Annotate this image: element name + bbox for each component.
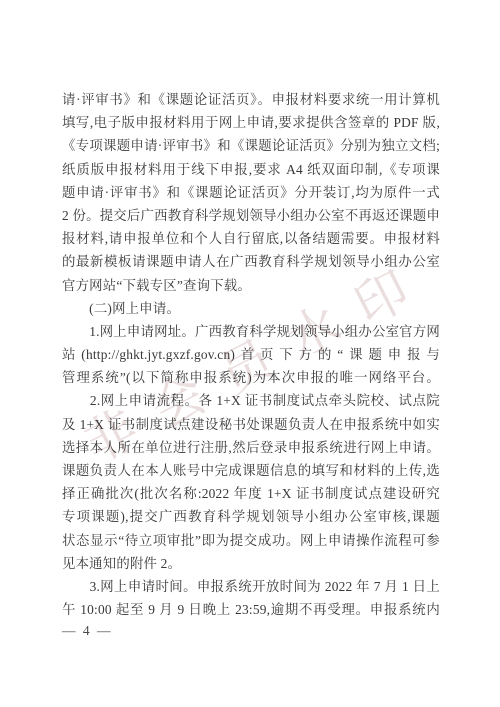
- text-block: 请·评审书》和《课题论证活页》。申报材料要求统一用计算机 填写,电子版申报材料用…: [62, 88, 440, 621]
- document-line-11: 1.网上申请网址。广西教育科学规划领导小组办公室官方网: [62, 320, 440, 343]
- document-line-20: 状态显示“待立项审批”即为提交成功。网上申请操作流程可参: [62, 529, 440, 552]
- document-line-23: 午 10:00 起至 9 月 9 日晚上 23:59,逾期不再受理。申报系统内: [62, 598, 440, 621]
- page-number: — 4 —: [62, 623, 113, 639]
- document-line-17: 课题负责人在本人账号中完成课题信息的填写和材料的上传,选: [62, 459, 440, 482]
- document-line-5: 题申请·评审书》和《课题论证活页》分开装订,均为原件一式: [62, 181, 440, 204]
- document-line-15: 及 1+X 证书制度试点建设秘书处课题负责人在申报系统中如实: [62, 413, 440, 436]
- document-line-3: 《专项课题申请·评审书》和《课题论证活页》分别为独立文档;: [62, 134, 440, 157]
- document-line-12: 站(http://ghkt.jyt.gxzf.gov.cn)首页下方的“课题申报…: [62, 343, 440, 366]
- document-line-6: 2 份。提交后广西教育科学规划领导小组办公室不再返还课题申: [62, 204, 440, 227]
- document-line-22: 3.网上申请时间。申报系统开放时间为 2022 年 7 月 1 日上: [62, 575, 440, 598]
- document-line-13: 管理系统”(以下简称申报系统)为本次申报的唯一网络平台。: [62, 366, 440, 389]
- document-line-9: 官方网站“下载专区”查询下载。: [62, 274, 440, 297]
- document-line-16: 选择本人所在单位进行注册,然后登录申报系统进行网上申请。: [62, 436, 440, 459]
- document-line-2: 填写,电子版申报材料用于网上申请,要求提供含签章的 PDF 版,: [62, 111, 440, 134]
- document-line-4: 纸质版申报材料用于线下申报,要求 A4 纸双面印制,《专项课: [62, 158, 440, 181]
- document-line-1: 请·评审书》和《课题论证活页》。申报材料要求统一用计算机: [62, 88, 440, 111]
- document-line-19: 专项课题),提交广西教育科学规划领导小组办公室审核,课题: [62, 505, 440, 528]
- document-line-14: 2.网上申请流程。各 1+X 证书制度试点牵头院校、试点院校: [62, 389, 440, 412]
- document-line-7: 报材料,请申报单位和个人自行留底,以备结题需要。申报材料: [62, 227, 440, 250]
- document-line-18: 择正确批次(批次名称:2022 年度 1+X 证书制度试点建设研究: [62, 482, 440, 505]
- document-line-10: (二)网上申请。: [62, 297, 440, 320]
- document-line-8: 的最新模板请课题申请人在广西教育科学规划领导小组办公室: [62, 250, 440, 273]
- document-page: 非会员水印 请·评审书》和《课题论证活页》。申报材料要求统一用计算机 填写,电子…: [0, 0, 500, 707]
- document-line-21: 见本通知的附件 2。: [62, 552, 440, 575]
